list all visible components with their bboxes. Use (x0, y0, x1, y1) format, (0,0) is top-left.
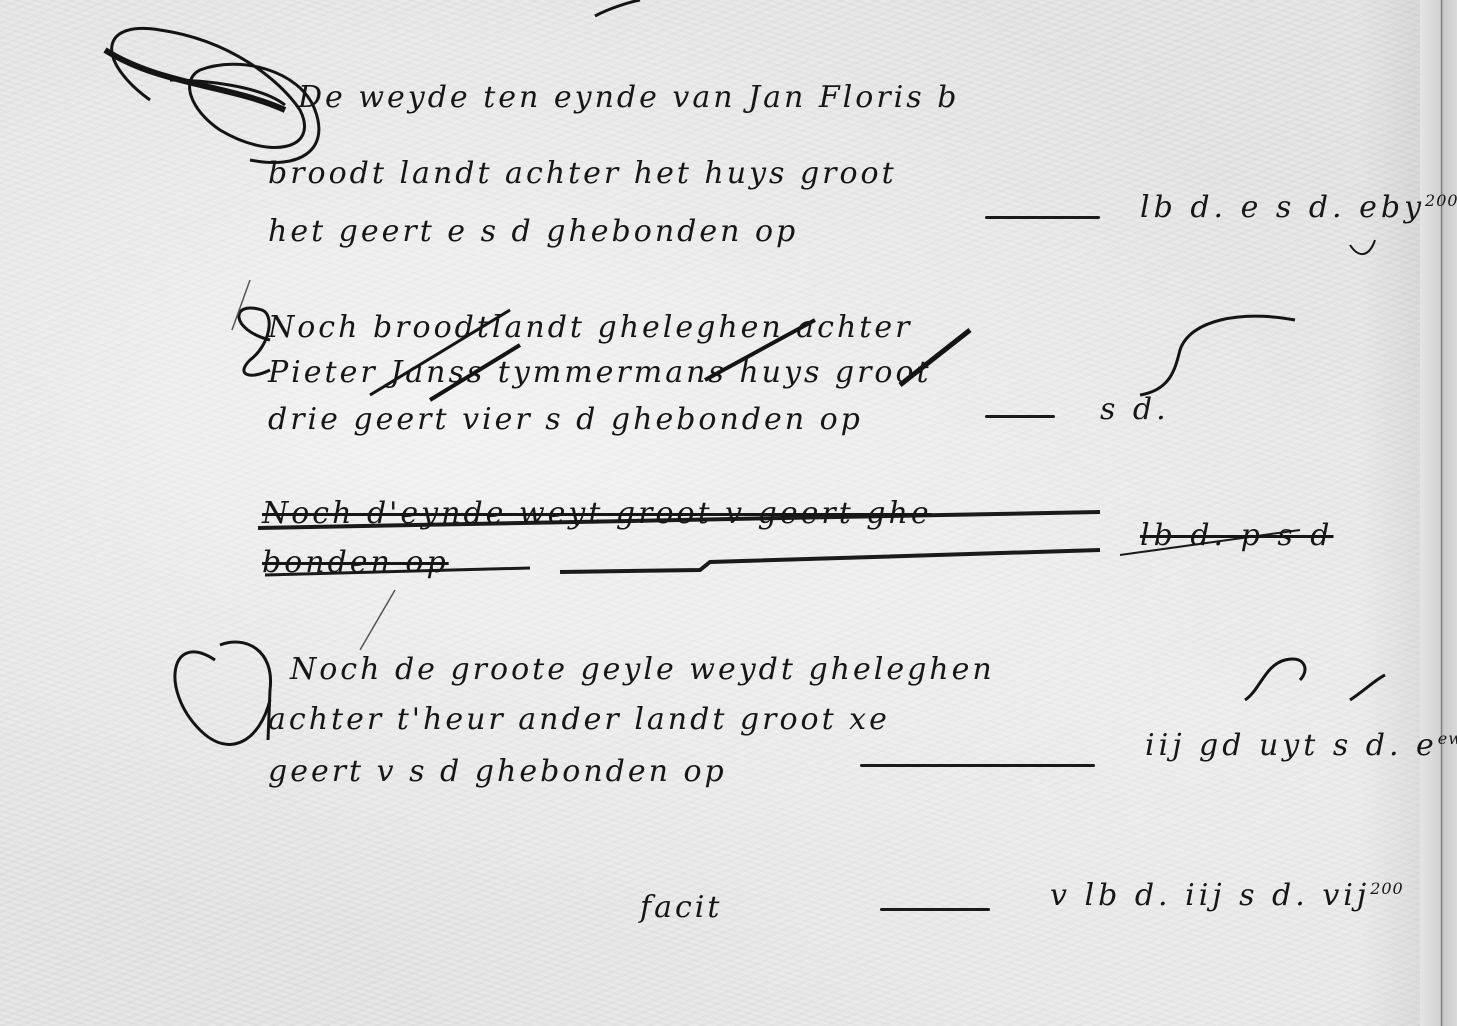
entry-4-amount-value: iij gd uyt s d. e (1145, 728, 1438, 763)
entry-4-line-3: geert v s d ghebonden op (268, 754, 727, 789)
manuscript-page: De weyde ten eynde van Jan Floris b broo… (0, 0, 1457, 1026)
entry-1-line-1: De weyde ten eynde van Jan Floris b (298, 80, 959, 115)
entry-1-line-2: broodt landt achter het huys groot (268, 156, 897, 191)
total-leader-dash (880, 908, 990, 911)
total-amount: v lb d. iij s d. vij200 (1050, 878, 1404, 913)
entry-1-amount: lb d. e s d. eby200 (1140, 190, 1457, 225)
binding-fold (1420, 0, 1457, 1026)
entry-3-amount: lb d. p s d (1140, 518, 1334, 553)
entry-4-amount: iij gd uyt s d. eewe (1145, 728, 1457, 763)
entry-3-line-1: Noch d'eynde weyt groot v geert ghe (262, 496, 932, 531)
entry-2-amount: s d. (1100, 392, 1170, 427)
entry-4-leader-dash (860, 764, 1095, 767)
entry-4-line-2: achter t'heur ander landt groot xe (268, 702, 890, 737)
entry-4-amount-sup: ewe (1438, 729, 1457, 748)
entry-2-line-2: Pieter Janss tymmermans huys groot (268, 355, 932, 390)
entry-2-line-1: Noch broodtlandt gheleghen achter (268, 310, 912, 345)
entry-2-line-3: drie geert vier s d ghebonden op (268, 402, 863, 437)
entry-2-leader-dash (985, 415, 1055, 418)
total-amount-value: v lb d. iij s d. vij (1050, 878, 1370, 913)
page-fold-shadow (1360, 0, 1420, 1026)
entry-1-amount-value: lb d. e s d. eby (1140, 190, 1425, 225)
total-label: facit (640, 890, 722, 925)
entry-1-line-3: het geert e s d ghebonden op (268, 214, 798, 249)
entry-1-amount-sup: 200 (1425, 191, 1457, 210)
entry-1-leader-dash (985, 216, 1100, 219)
entry-4-line-1: Noch de groote geyle weydt gheleghen (290, 652, 995, 687)
entry-3-line-2: bonden op (262, 545, 449, 580)
total-amount-sup: 200 (1370, 879, 1404, 898)
